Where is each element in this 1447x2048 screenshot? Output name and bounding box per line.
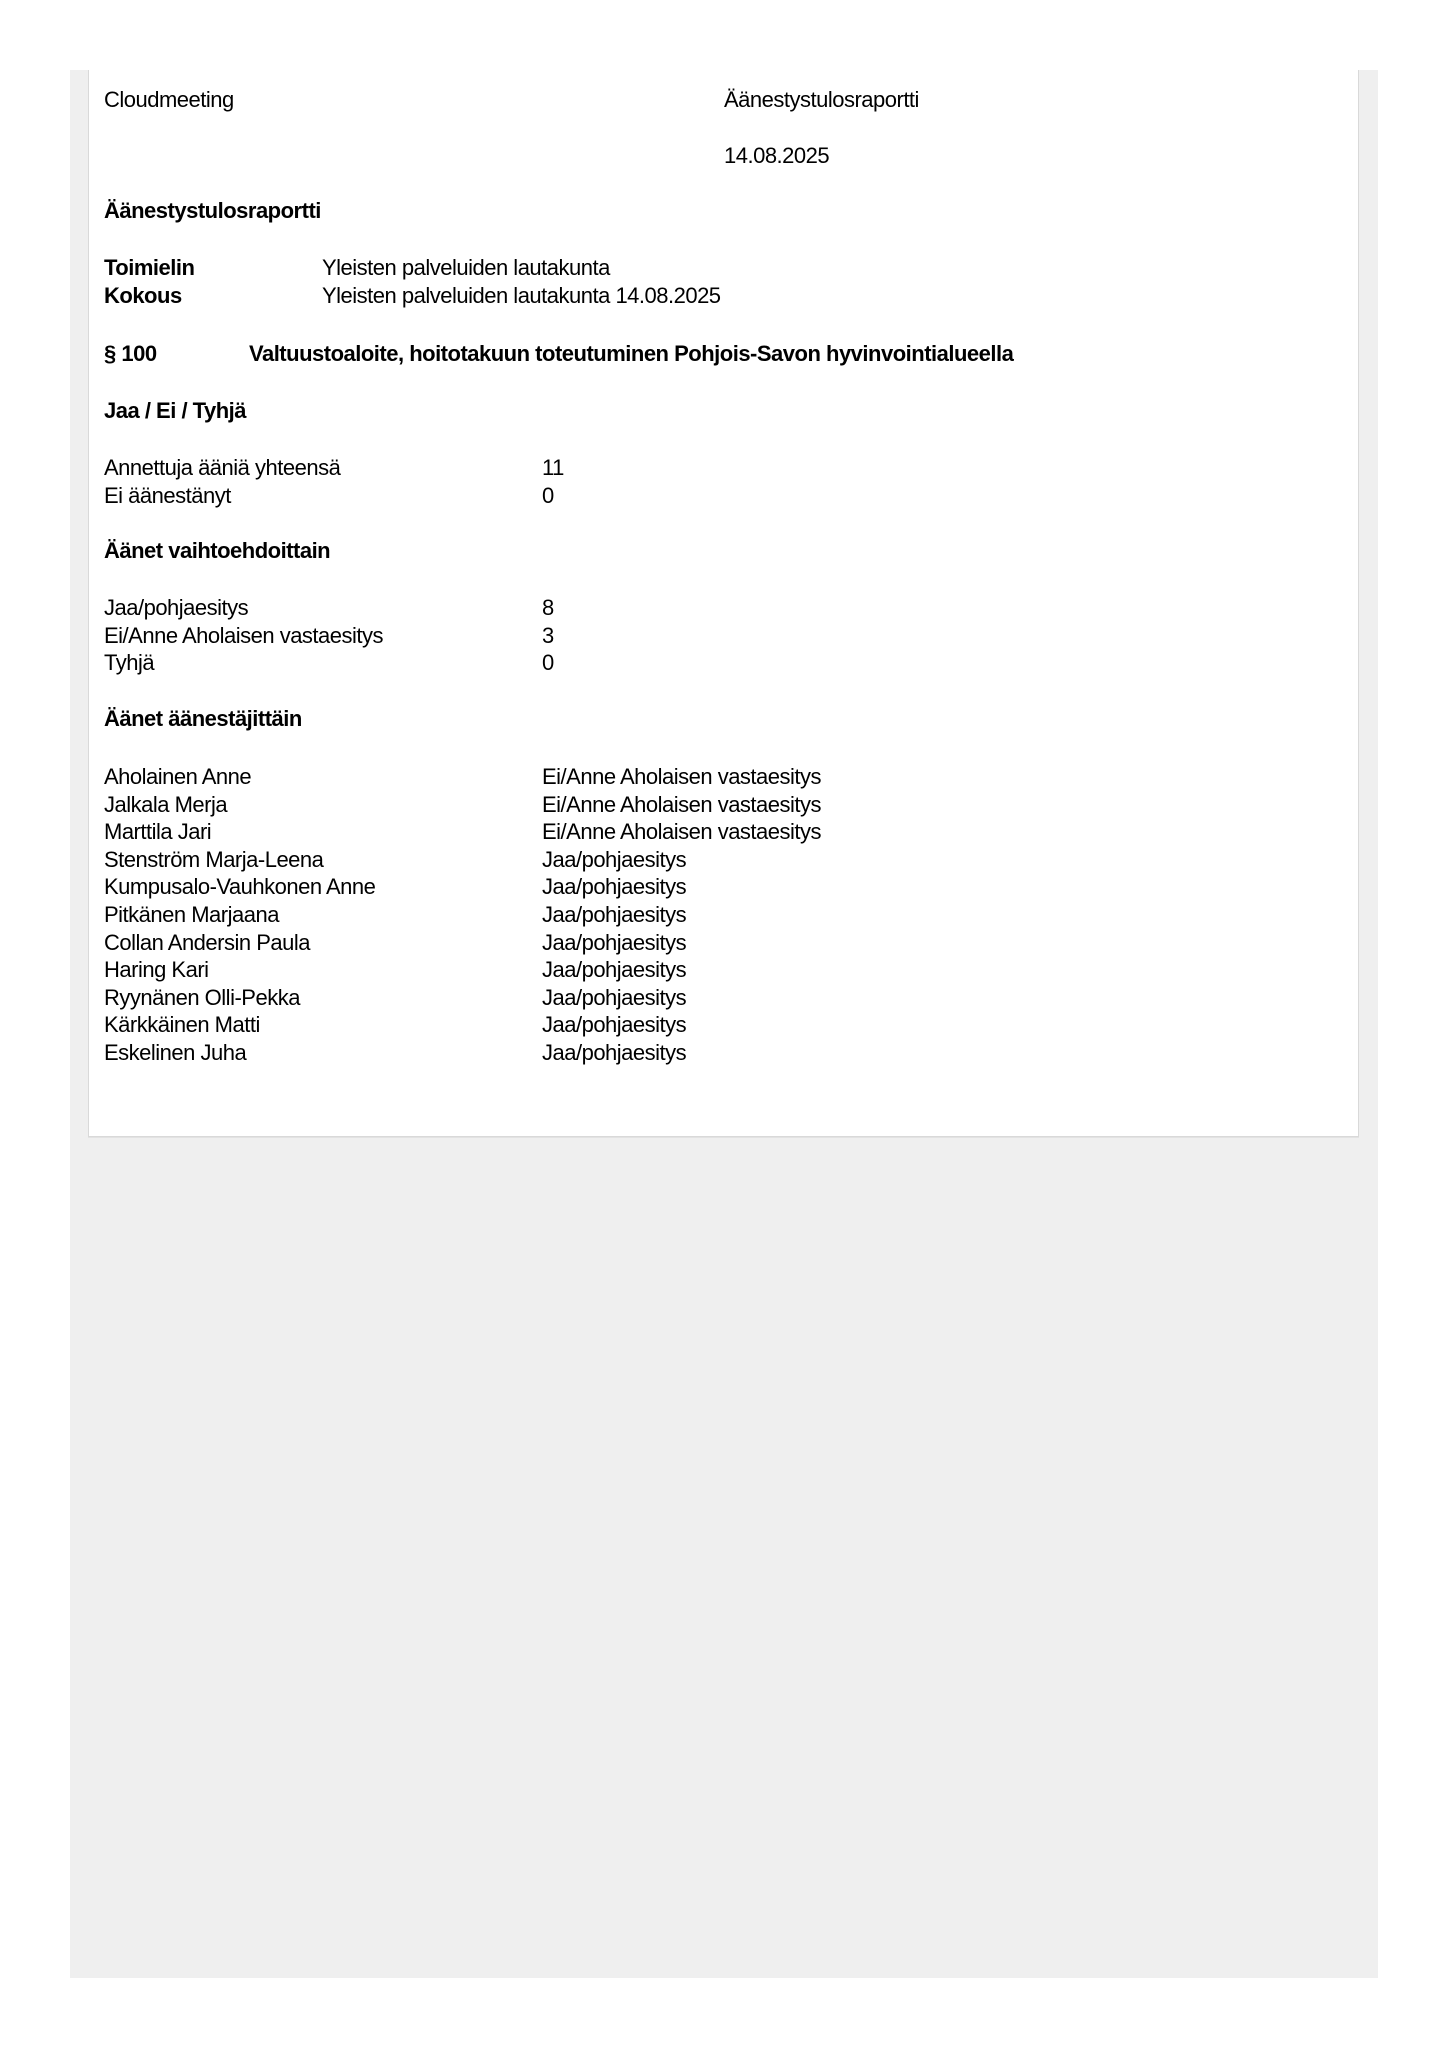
- meta-label-toimielin: Toimielin: [104, 255, 194, 281]
- voter-row-value: Jaa/pohjaesitys: [542, 957, 686, 983]
- voter-row-value: Ei/Anne Aholaisen vastaesitys: [542, 819, 821, 845]
- by-voter-heading: Äänet äänestäjittäin: [104, 706, 302, 732]
- voter-row-label: Aholainen Anne: [104, 764, 251, 790]
- voter-row-value: Ei/Anne Aholaisen vastaesitys: [542, 792, 821, 818]
- report-type: Äänestystulosraportti: [724, 87, 919, 113]
- section-number: § 100: [104, 341, 157, 367]
- option-row-label: Jaa/pohjaesitys: [104, 595, 248, 621]
- voter-row-value: Jaa/pohjaesitys: [542, 930, 686, 956]
- option-row-label: Ei/Anne Aholaisen vastaesitys: [104, 623, 383, 649]
- section-title: Valtuustoaloite, hoitotakuun toteutumine…: [249, 341, 1013, 367]
- voter-row-label: Collan Andersin Paula: [104, 930, 310, 956]
- page-title: Äänestystulosraportti: [104, 198, 321, 224]
- report-card: [88, 70, 1359, 1137]
- voter-row-label: Haring Kari: [104, 957, 209, 983]
- meta-label-kokous: Kokous: [104, 283, 182, 309]
- voter-row-label: Kärkkäinen Matti: [104, 1012, 260, 1038]
- app-name: Cloudmeeting: [104, 87, 234, 113]
- voter-row-label: Ryynänen Olli-Pekka: [104, 985, 300, 1011]
- option-row-value: 3: [542, 623, 554, 649]
- vote-type-heading: Jaa / Ei / Tyhjä: [104, 398, 246, 424]
- voter-row-label: Pitkänen Marjaana: [104, 902, 279, 928]
- voter-row-label: Stenström Marja-Leena: [104, 847, 323, 873]
- total-row-label: Annettuja ääniä yhteensä: [104, 455, 340, 481]
- report-date: 14.08.2025: [724, 143, 829, 169]
- voter-row-value: Jaa/pohjaesitys: [542, 902, 686, 928]
- total-row-value: 0: [542, 483, 554, 509]
- total-row-value: 11: [542, 455, 564, 481]
- voter-row-value: Jaa/pohjaesitys: [542, 985, 686, 1011]
- voter-row-label: Eskelinen Juha: [104, 1040, 246, 1066]
- voter-row-value: Jaa/pohjaesitys: [542, 847, 686, 873]
- voter-row-value: Ei/Anne Aholaisen vastaesitys: [542, 764, 821, 790]
- option-row-label: Tyhjä: [104, 650, 154, 676]
- total-row-label: Ei äänestänyt: [104, 483, 231, 509]
- option-row-value: 8: [542, 595, 554, 621]
- voter-row-value: Jaa/pohjaesitys: [542, 874, 686, 900]
- voter-row-label: Jalkala Merja: [104, 792, 227, 818]
- voter-row-label: Marttila Jari: [104, 819, 211, 845]
- voter-row-value: Jaa/pohjaesitys: [542, 1012, 686, 1038]
- option-row-value: 0: [542, 650, 554, 676]
- meta-value-kokous: Yleisten palveluiden lautakunta 14.08.20…: [322, 283, 721, 309]
- meta-value-toimielin: Yleisten palveluiden lautakunta: [322, 255, 610, 281]
- voter-row-value: Jaa/pohjaesitys: [542, 1040, 686, 1066]
- by-option-heading: Äänet vaihtoehdoittain: [104, 538, 330, 564]
- voter-row-label: Kumpusalo-Vauhkonen Anne: [104, 874, 375, 900]
